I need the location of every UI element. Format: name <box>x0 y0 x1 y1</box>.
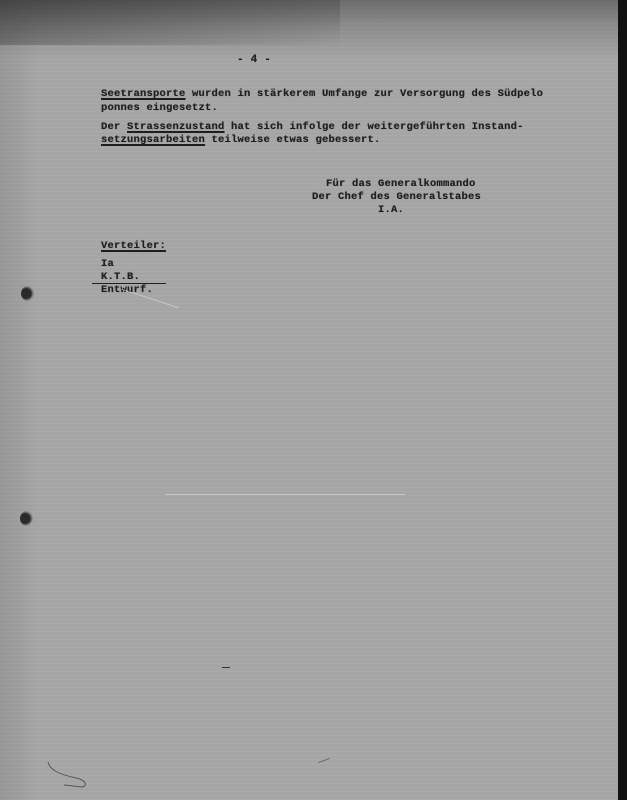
page-number: - 4 - <box>237 54 271 67</box>
scan-edge <box>618 0 627 800</box>
punch-hole <box>21 286 34 301</box>
line-text: hat sich infolge der weitergeführten Ins… <box>225 121 524 133</box>
line-prefix: Der <box>101 121 127 133</box>
line-text: wurden in stärkerem Umfange zur Versorgu… <box>186 88 544 100</box>
distribution-item: Ia <box>101 258 114 271</box>
underlined-term: Seetransporte <box>101 88 186 100</box>
distribution-title: Verteiler: <box>101 240 166 253</box>
signature-line-2: Der Chef des Generalstabes <box>312 191 481 204</box>
underlined-term: setzungsarbeiten <box>101 134 205 146</box>
signature-line-3: I.A. <box>378 204 404 217</box>
punch-hole <box>20 511 33 526</box>
ink-speck <box>222 667 230 668</box>
underlined-term: Strassenzustand <box>127 121 225 133</box>
pencil-mark <box>46 760 91 790</box>
line-text: ponnes eingesetzt. <box>101 102 218 114</box>
paragraph-1-line-2: ponnes eingesetzt. <box>101 102 218 115</box>
paragraph-1-line-1: Seetransporte wurden in stärkerem Umfang… <box>101 88 543 101</box>
line-text: teilweise etwas gebessert. <box>205 134 381 146</box>
scan-shadow <box>0 0 340 45</box>
paper-scratch <box>165 494 405 495</box>
ink-speck <box>318 758 330 763</box>
paragraph-2-line-1: Der Strassenzustand hat sich infolge der… <box>101 121 524 134</box>
strike-line <box>92 283 166 284</box>
paragraph-2-line-2: setzungsarbeiten teilweise etwas gebesse… <box>101 134 381 147</box>
signature-line-1: Für das Generalkommando <box>326 178 476 191</box>
scanned-document-page: - 4 - Seetransporte wurden in stärkerem … <box>0 0 618 800</box>
